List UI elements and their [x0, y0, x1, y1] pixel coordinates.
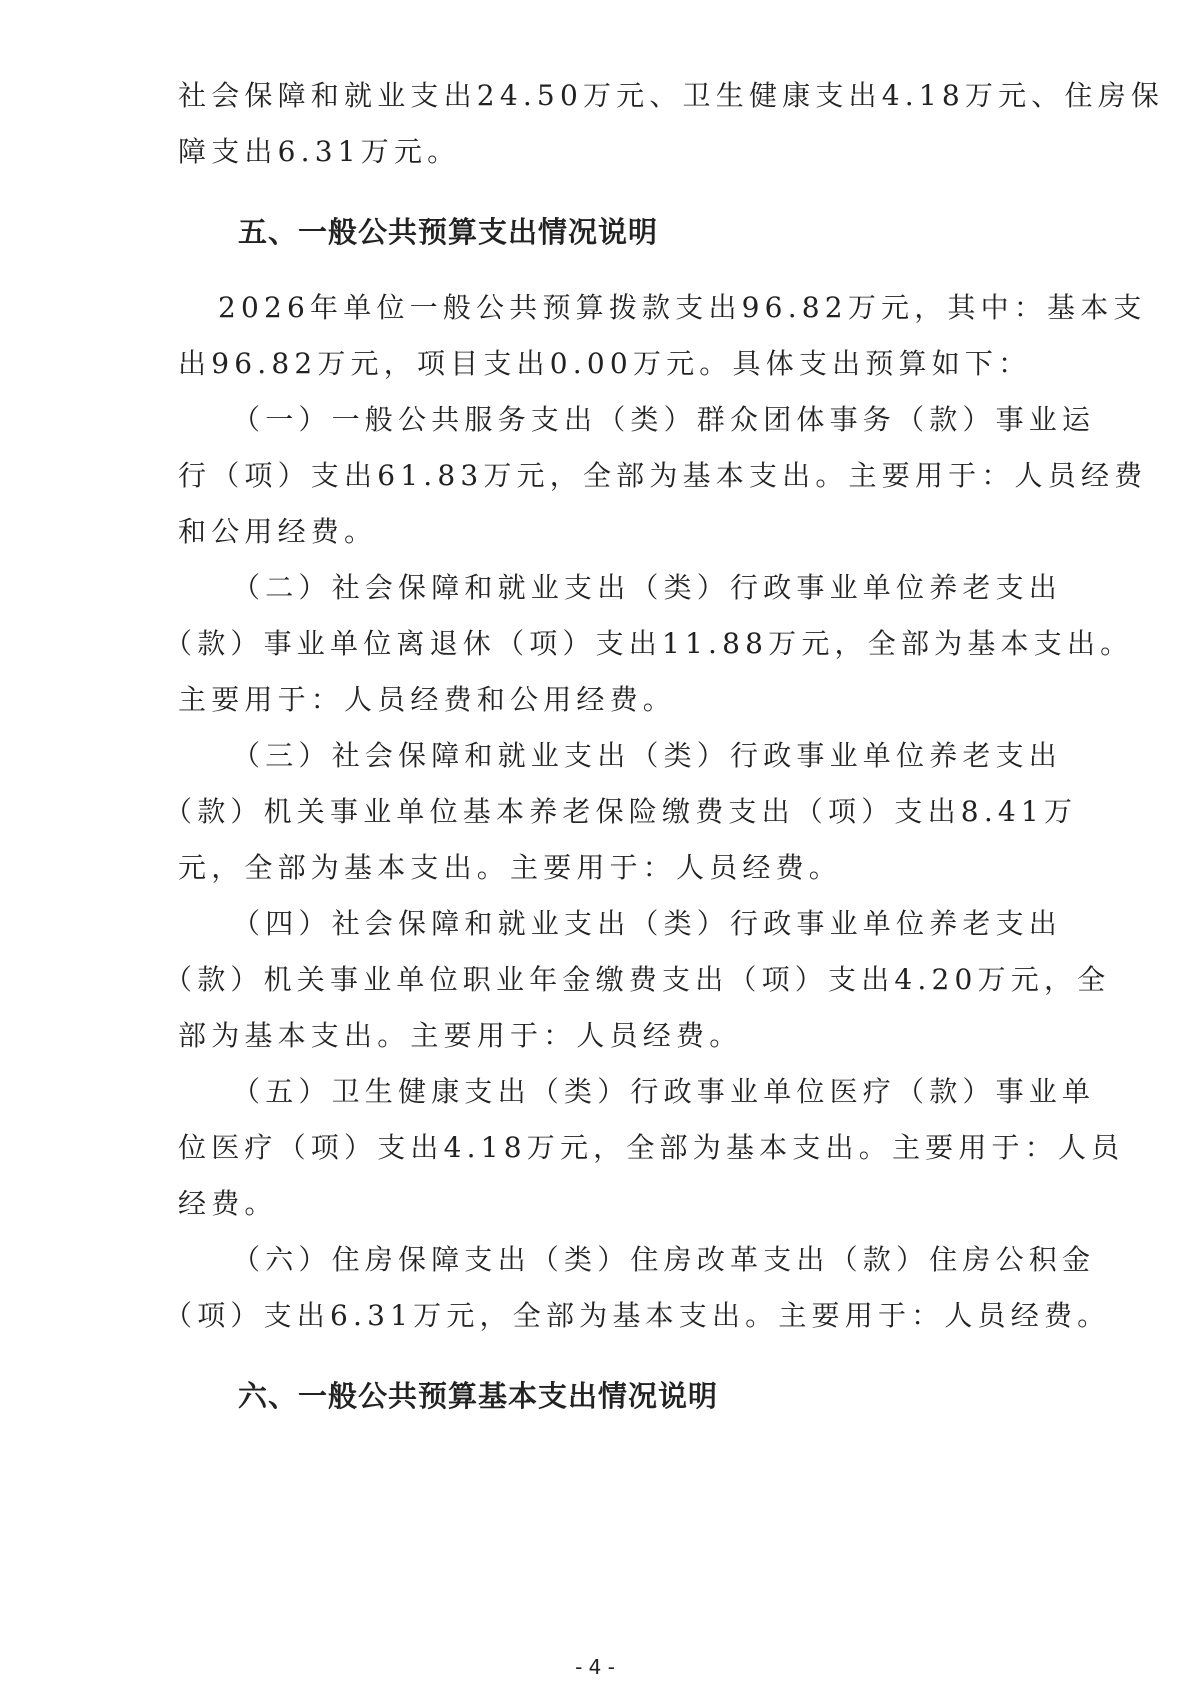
section-heading-6: 六、一般公共预算基本支出情况说明 [238, 1376, 718, 1416]
item-4-line: （四）社会保障和就业支出（类）行政事业单位养老支出 [232, 904, 1008, 944]
document-page: 社会保障和就业支出24.50万元、卫生健康支出4.18万元、住房保 障支出6.3… [0, 0, 1190, 1683]
paragraph-line: 出96.82万元，项目支出0.00万元。具体支出预算如下： [178, 344, 1008, 384]
item-2-line: （款）事业单位离退休（项）支出11.88万元，全部为基本支出。 [164, 624, 1008, 664]
item-1-line: 行（项）支出61.83万元，全部为基本支出。主要用于：人员经费 [178, 456, 1008, 496]
item-6-line: （六）住房保障支出（类）住房改革支出（款）住房公积金 [232, 1240, 1008, 1280]
section-heading-5: 五、一般公共预算支出情况说明 [238, 212, 658, 252]
item-5-line: 位医疗（项）支出4.18万元，全部为基本支出。主要用于：人员 [178, 1128, 1008, 1168]
paragraph-line: 障支出6.31万元。 [178, 132, 1008, 172]
item-3-line: （三）社会保障和就业支出（类）行政事业单位养老支出 [232, 736, 1008, 776]
item-4-line: 部为基本支出。主要用于：人员经费。 [178, 1016, 1008, 1056]
item-5-line: 经费。 [178, 1184, 1008, 1224]
item-3-line: （款）机关事业单位基本养老保险缴费支出（项）支出8.41万 [164, 792, 1008, 832]
item-1-line: 和公用经费。 [178, 512, 1008, 552]
page-number: - 4 - [0, 1655, 1190, 1679]
item-6-line: （项）支出6.31万元，全部为基本支出。主要用于：人员经费。 [164, 1296, 1008, 1336]
item-3-line: 元，全部为基本支出。主要用于：人员经费。 [178, 848, 1008, 888]
item-1-line: （一）一般公共服务支出（类）群众团体事务（款）事业运 [232, 400, 1008, 440]
paragraph-line: 社会保障和就业支出24.50万元、卫生健康支出4.18万元、住房保 [178, 76, 1008, 116]
item-4-line: （款）机关事业单位职业年金缴费支出（项）支出4.20万元，全 [164, 960, 1008, 1000]
item-5-line: （五）卫生健康支出（类）行政事业单位医疗（款）事业单 [232, 1072, 1008, 1112]
item-2-line: 主要用于：人员经费和公用经费。 [178, 680, 1008, 720]
paragraph-line: 2026年单位一般公共预算拨款支出96.82万元，其中：基本支 [218, 288, 1008, 328]
item-2-line: （二）社会保障和就业支出（类）行政事业单位养老支出 [232, 568, 1008, 608]
